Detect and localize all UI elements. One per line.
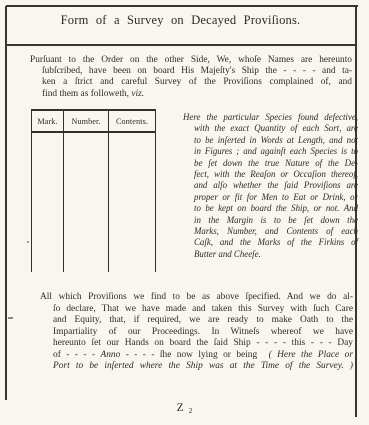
closing-line-parenthetical-end: Port to be inſerted where the Ship was a…	[40, 361, 353, 373]
table-header-contents: Contents.	[109, 111, 155, 133]
page-title: Form of a Survey on Decayed Proviſions.	[6, 13, 355, 28]
note-line: and alſo whether the ſaid Proviſions are	[183, 180, 358, 191]
intro-line-viz: viz.	[131, 89, 144, 99]
note-line: Caſk, and the Marks of the Firkins of	[183, 237, 358, 248]
intro-line: ſubſcribed, have been on board His Majeſ…	[30, 66, 352, 77]
table-column-contents: Contents.	[108, 111, 156, 272]
note-line: with the exact Quantity of each Sort, ar…	[183, 123, 358, 134]
survey-blank-table: Mark. Number. Contents.	[31, 109, 156, 272]
table-column-number: Number.	[63, 111, 108, 272]
closing-line: Impartiality of our Proceedings. In Witn…	[40, 327, 353, 339]
intro-line-roman: find them as followeth,	[42, 89, 131, 99]
closing-line: ſo declare, That we have made and taken …	[40, 304, 353, 316]
note-line: be ſet down the true Nature of the De-	[183, 158, 358, 169]
closing-line-anno: Anno	[100, 350, 120, 360]
closing-line-roman: - - - - ſhe now lying or being	[120, 350, 262, 360]
printer-signature-mark: Z2	[0, 398, 369, 416]
scanned-document-page: Form of a Survey on Decayed Proviſions. …	[0, 0, 369, 425]
signature-letter: Z	[177, 402, 185, 414]
closing-line: and Equity, that, if required, we are re…	[40, 315, 353, 327]
closing-line: All which Proviſions we find to be as ab…	[40, 292, 353, 304]
note-line: in Figures ; and againſt each Species is…	[183, 146, 358, 157]
table-header-mark: Mark.	[32, 111, 63, 133]
intro-line: Purſuant to the Order on the other Side,…	[30, 55, 352, 66]
scan-speck	[8, 317, 13, 319]
page-border-top	[6, 5, 358, 7]
closing-line-roman: of - - - -	[53, 350, 100, 360]
note-line: to be inſerted in Words at Length, and n…	[183, 135, 358, 146]
page-border-left	[5, 6, 7, 400]
table-column-mark: Mark.	[31, 111, 63, 272]
signature-number: 2	[189, 406, 193, 415]
note-line: proper or fit for Men to Eat or Drink, o…	[183, 192, 358, 203]
title-divider-rule	[6, 44, 355, 46]
closing-line-parenthetical: ( Here the Place or	[269, 350, 353, 360]
instruction-note: Here the particular Species found defect…	[183, 112, 358, 260]
note-line: Marks, Number, and Contents of each	[183, 226, 358, 237]
note-line: to be kept on board the Ship, or not. An…	[183, 203, 358, 214]
intro-line: find them as followeth, viz.	[30, 89, 352, 100]
note-line: Butter and Cheeſe.	[183, 249, 358, 260]
closing-line: hereunto ſet our Hands on board the ſaid…	[40, 338, 353, 350]
note-line: fect, with the Reaſon or Occaſion thereo…	[183, 169, 358, 180]
closing-line: of - - - - Anno - - - - ſhe now lying or…	[40, 350, 353, 362]
note-line: in the Margin is to be ſet down the	[183, 215, 358, 226]
note-line: Here the particular Species found defect…	[183, 112, 358, 123]
intro-paragraph: Purſuant to the Order on the other Side,…	[30, 55, 352, 100]
scan-speck	[27, 241, 29, 243]
intro-line: ken a ſtrict and careful Survey of the P…	[30, 77, 352, 88]
table-header-number: Number.	[64, 111, 108, 133]
closing-paragraph: All which Proviſions we find to be as ab…	[40, 292, 353, 373]
